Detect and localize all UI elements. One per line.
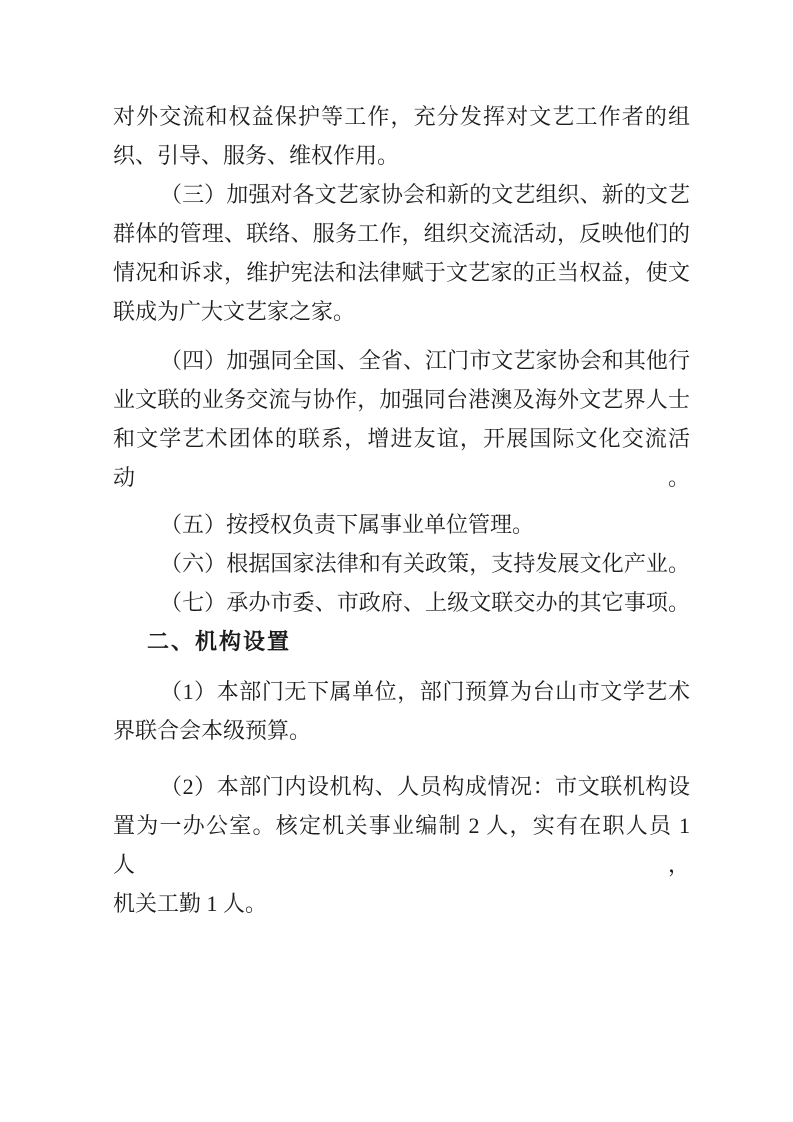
document-line: （四）加强同全国、全省、江门市文艺家协会和其他行 xyxy=(113,341,690,380)
document-line: （六）根据国家法律和有关政策，支持发展文化产业。 xyxy=(113,544,690,583)
paragraph: （三）加强对各文艺家协会和新的文艺组织、新的文艺群体的管理、联络、服务工作，组织… xyxy=(113,175,690,331)
document-line: （1）本部门无下属单位，部门预算为台山市文学艺术 xyxy=(113,672,690,711)
document-line: 界联合会本级预算。 xyxy=(113,711,690,750)
document-page: 对外交流和权益保护等工作，充分发挥对文艺工作者的组织、引导、服务、维权作用。（三… xyxy=(0,0,793,1122)
paragraph: 对外交流和权益保护等工作，充分发挥对文艺工作者的组织、引导、服务、维权作用。 xyxy=(113,97,690,175)
document-line: 情况和诉求，维护宪法和法律赋于文艺家的正当权益，使文 xyxy=(113,253,690,292)
paragraph: （七）承办市委、市政府、上级文联交办的其它事项。 xyxy=(113,583,690,622)
document-line: （五）按授权负责下属事业单位管理。 xyxy=(113,505,690,544)
document-line: 置为一办公室。核定机关事业编制 2 人，实有在职人员 1 人， xyxy=(113,806,690,884)
document-line: 二、机构设置 xyxy=(113,622,690,661)
document-line: （七）承办市委、市政府、上级文联交办的其它事项。 xyxy=(113,583,690,622)
document-line: （三）加强对各文艺家协会和新的文艺组织、新的文艺 xyxy=(113,175,690,214)
paragraph: （六）根据国家法律和有关政策，支持发展文化产业。 xyxy=(113,544,690,583)
paragraph: （四）加强同全国、全省、江门市文艺家协会和其他行业文联的业务交流与协作，加强同台… xyxy=(113,341,690,497)
document-line: 机关工勤 1 人。 xyxy=(113,884,690,923)
document-content: 对外交流和权益保护等工作，充分发挥对文艺工作者的组织、引导、服务、维权作用。（三… xyxy=(113,97,690,923)
paragraph: （五）按授权负责下属事业单位管理。 xyxy=(113,505,690,544)
paragraph: （2）本部门内设机构、人员构成情况：市文联机构设置为一办公室。核定机关事业编制 … xyxy=(113,767,690,923)
section-heading: 二、机构设置 xyxy=(113,622,690,661)
document-line: （2）本部门内设机构、人员构成情况：市文联机构设 xyxy=(113,767,690,806)
document-line: 群体的管理、联络、服务工作，组织交流活动，反映他们的 xyxy=(113,214,690,253)
document-line: 对外交流和权益保护等工作，充分发挥对文艺工作者的组 xyxy=(113,97,690,136)
document-line: 业文联的业务交流与协作，加强同台港澳及海外文艺界人士 xyxy=(113,380,690,419)
paragraph: （1）本部门无下属单位，部门预算为台山市文学艺术界联合会本级预算。 xyxy=(113,672,690,750)
document-line: 和文学艺术团体的联系，增进友谊，开展国际文化交流活动。 xyxy=(113,419,690,497)
document-line: 织、引导、服务、维权作用。 xyxy=(113,136,690,175)
document-line: 联成为广大文艺家之家。 xyxy=(113,292,690,331)
